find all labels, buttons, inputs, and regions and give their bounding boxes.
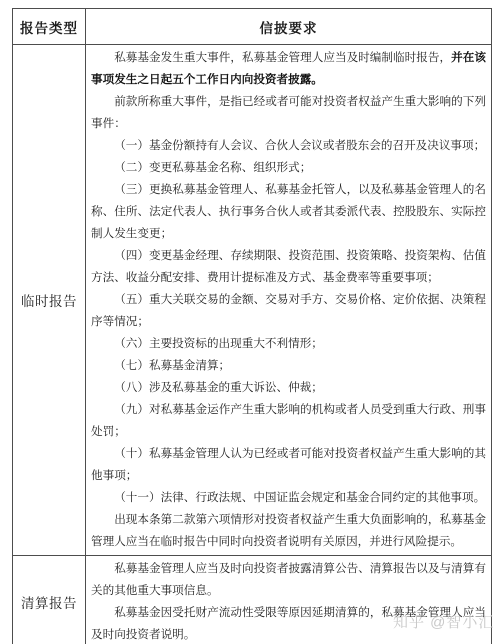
zhihu-watermark: 知乎 @智小汇 xyxy=(393,611,494,632)
table-header-row: 报告类型 信披要求 xyxy=(13,9,492,45)
paragraph-item-6: （六）主要投资标的出现重大不利情形； xyxy=(91,333,486,355)
header-report-type: 报告类型 xyxy=(13,9,86,45)
paragraph-closing: 出现本条第二款第六项情形对投资者权益产生重大负面影响的，私募基金管理人应当在临时… xyxy=(91,509,486,553)
paragraph-intro: 私募基金发生重大事件，私募基金管理人应当及时编制临时报告，并在该事项发生之日起五… xyxy=(91,47,486,91)
temporary-report-content: 私募基金发生重大事件，私募基金管理人应当及时编制临时报告，并在该事项发生之日起五… xyxy=(86,45,492,556)
paragraph-item-7: （七）私募基金清算； xyxy=(91,355,486,377)
paragraph-item-4: （四）变更基金经理、存续期限、投资范围、投资策略、投资架构、估值方法、收益分配安… xyxy=(91,245,486,289)
paragraph-item-5: （五）重大关联交易的金额、交易对手方、交易价格、定价依据、决策程序等情况； xyxy=(91,289,486,333)
liquidation-report-label: 清算报告 xyxy=(13,556,86,644)
paragraph-item-11: （十一）法律、行政法规、中国证监会规定和基金合同约定的其他事项。 xyxy=(91,487,486,509)
paragraph-item-9: （九）对私募基金运作产生重大影响的机构或者人员受到重大行政、刑事处罚； xyxy=(91,399,486,443)
disclosure-requirements-table: 报告类型 信披要求 临时报告 私募基金发生重大事件，私募基金管理人应当及时编制临… xyxy=(12,8,492,644)
paragraph-item-8: （八）涉及私募基金的重大诉讼、仲裁； xyxy=(91,377,486,399)
temporary-report-label: 临时报告 xyxy=(13,45,86,556)
header-disclosure-requirement: 信披要求 xyxy=(86,9,492,45)
paragraph-item-1: （一）基金份额持有人会议、合伙人会议或者股东会的召开及决议事项； xyxy=(91,135,486,157)
paragraph-item-10: （十）私募基金管理人认为已经或者可能对投资者权益产生重大影响的其他事项； xyxy=(91,443,486,487)
paragraph-liquidation-1: 私募基金管理人应当及时向投资者披露清算公告、清算报告以及与清算有关的其他重大事项… xyxy=(91,558,486,602)
intro-normal-text: 私募基金发生重大事件，私募基金管理人应当及时编制临时报告， xyxy=(114,51,451,64)
table-row-temporary-report: 临时报告 私募基金发生重大事件，私募基金管理人应当及时编制临时报告，并在该事项发… xyxy=(13,45,492,556)
paragraph-preamble: 前款所称重大事件，是指已经或者可能对投资者权益产生重大影响的下列事件： xyxy=(91,91,486,135)
paragraph-item-2: （二）变更私募基金名称、组织形式； xyxy=(91,157,486,179)
document-page: 报告类型 信披要求 临时报告 私募基金发生重大事件，私募基金管理人应当及时编制临… xyxy=(0,0,500,644)
paragraph-item-3: （三）更换私募基金管理人、私募基金托管人，以及私募基金管理人的名称、住所、法定代… xyxy=(91,179,486,245)
